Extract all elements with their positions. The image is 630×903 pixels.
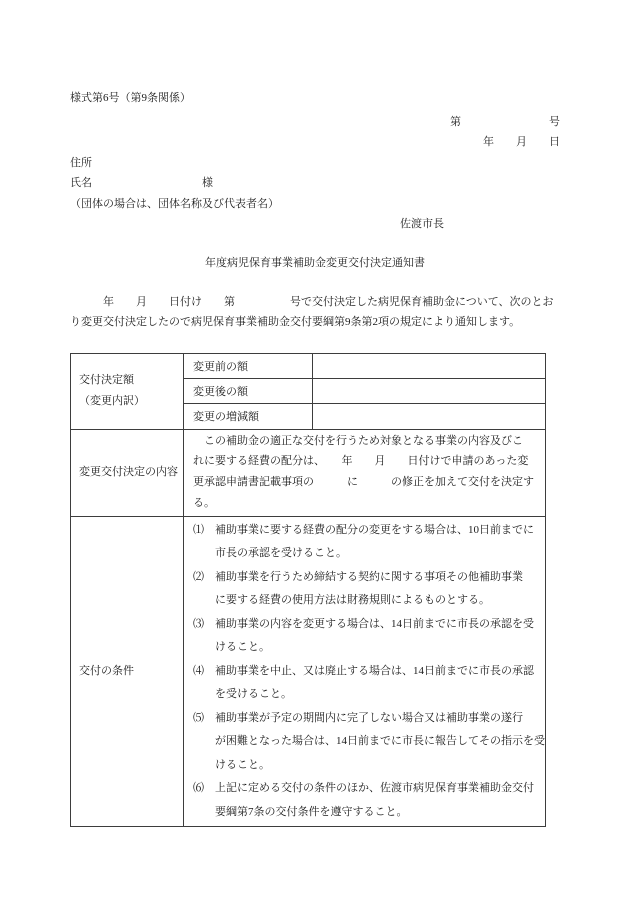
- table-row: 交付の条件 ⑴ 補助事業に要する経費の配分の変更をする場合は、10日前までに 市…: [71, 516, 546, 827]
- body-paragraph: 年 月 日付け 第 号で交付決定した病児保育補助金について、次のとお り変更交付…: [70, 292, 560, 333]
- table-row: 交付決定額 （変更内訳） 変更前の額: [71, 353, 546, 378]
- document-title: 年度病児保育事業補助金変更交付決定通知書: [70, 253, 560, 274]
- table-row: 変更交付決定の内容 この補助金の適正な交付を行うため対象となる事業の内容及びこ …: [71, 429, 546, 516]
- condition-text: 補助事業の内容を変更する場合は、14日前までに市長の承認を受 けること。: [215, 613, 541, 660]
- doc-number-line: 第 号: [70, 112, 560, 133]
- conditions-content-cell: ⑴ 補助事業に要する経費の配分の変更をする場合は、10日前までに 市長の承認を受…: [184, 516, 546, 827]
- condition-item: ⑷ 補助事業を中止、又は廃止する場合は、14日前までに市長の承認 を受けること。: [193, 660, 541, 707]
- condition-number: ⑹: [193, 777, 215, 824]
- amount-diff-label-cell: 変更の増減額: [184, 403, 313, 429]
- condition-text: 補助事業が予定の期間内に完了しない場合又は補助事業の遂行 が困難となった場合は、…: [215, 707, 545, 778]
- condition-number: ⑴: [193, 519, 215, 566]
- decision-content-cell: この補助金の適正な交付を行うため対象となる事業の内容及びこ れに要する経費の配分…: [184, 429, 546, 516]
- condition-item: ⑵ 補助事業を行うため締結する契約に関する事項その他補助事業 に要する経費の使用…: [193, 566, 541, 613]
- condition-item: ⑴ 補助事業に要する経費の配分の変更をする場合は、10日前までに 市長の承認を受…: [193, 519, 541, 566]
- address-label: 住所: [70, 153, 560, 174]
- amount-label-cell: 交付決定額 （変更内訳）: [71, 353, 184, 429]
- amount-diff-value-cell: [313, 403, 546, 429]
- document-page: 様式第6号（第9条関係） 第 号 年 月 日 住所 氏名 様 （団体の場合は、団…: [0, 0, 630, 903]
- issue-date-line: 年 月 日: [70, 132, 560, 153]
- notice-table: 交付決定額 （変更内訳） 変更前の額 変更後の額 変更の増減額 変更交付決定の内…: [70, 353, 546, 827]
- sender-name: 佐渡市長: [70, 214, 560, 235]
- condition-item: ⑸ 補助事業が予定の期間内に完了しない場合又は補助事業の遂行 が困難となった場合…: [193, 707, 541, 778]
- condition-number: ⑵: [193, 566, 215, 613]
- amount-before-label-cell: 変更前の額: [184, 353, 313, 378]
- conditions-label-cell: 交付の条件: [71, 516, 184, 827]
- condition-number: ⑶: [193, 613, 215, 660]
- condition-item: ⑹ 上記に定める交付の条件のほか、佐渡市病児保育事業補助金交付 要綱第7条の交付…: [193, 777, 541, 824]
- recipient-name-line: 氏名 様: [70, 173, 560, 194]
- amount-after-value-cell: [313, 378, 546, 403]
- condition-text: 補助事業を行うため締結する契約に関する事項その他補助事業 に要する経費の使用方法…: [215, 566, 541, 613]
- form-number: 様式第6号（第9条関係）: [70, 88, 560, 109]
- condition-number: ⑷: [193, 660, 215, 707]
- amount-after-label-cell: 変更後の額: [184, 378, 313, 403]
- condition-text: 補助事業を中止、又は廃止する場合は、14日前までに市長の承認 を受けること。: [215, 660, 541, 707]
- group-note: （団体の場合は、団体名称及び代表者名）: [70, 194, 560, 215]
- condition-number: ⑸: [193, 707, 215, 778]
- document-content: 様式第6号（第9条関係） 第 号 年 月 日 住所 氏名 様 （団体の場合は、団…: [0, 0, 630, 827]
- amount-before-value-cell: [313, 353, 546, 378]
- condition-text: 補助事業に要する経費の配分の変更をする場合は、10日前までに 市長の承認を受ける…: [215, 519, 541, 566]
- condition-item: ⑶ 補助事業の内容を変更する場合は、14日前までに市長の承認を受 けること。: [193, 613, 541, 660]
- decision-label-cell: 変更交付決定の内容: [71, 429, 184, 516]
- condition-text: 上記に定める交付の条件のほか、佐渡市病児保育事業補助金交付 要綱第7条の交付条件…: [215, 777, 541, 824]
